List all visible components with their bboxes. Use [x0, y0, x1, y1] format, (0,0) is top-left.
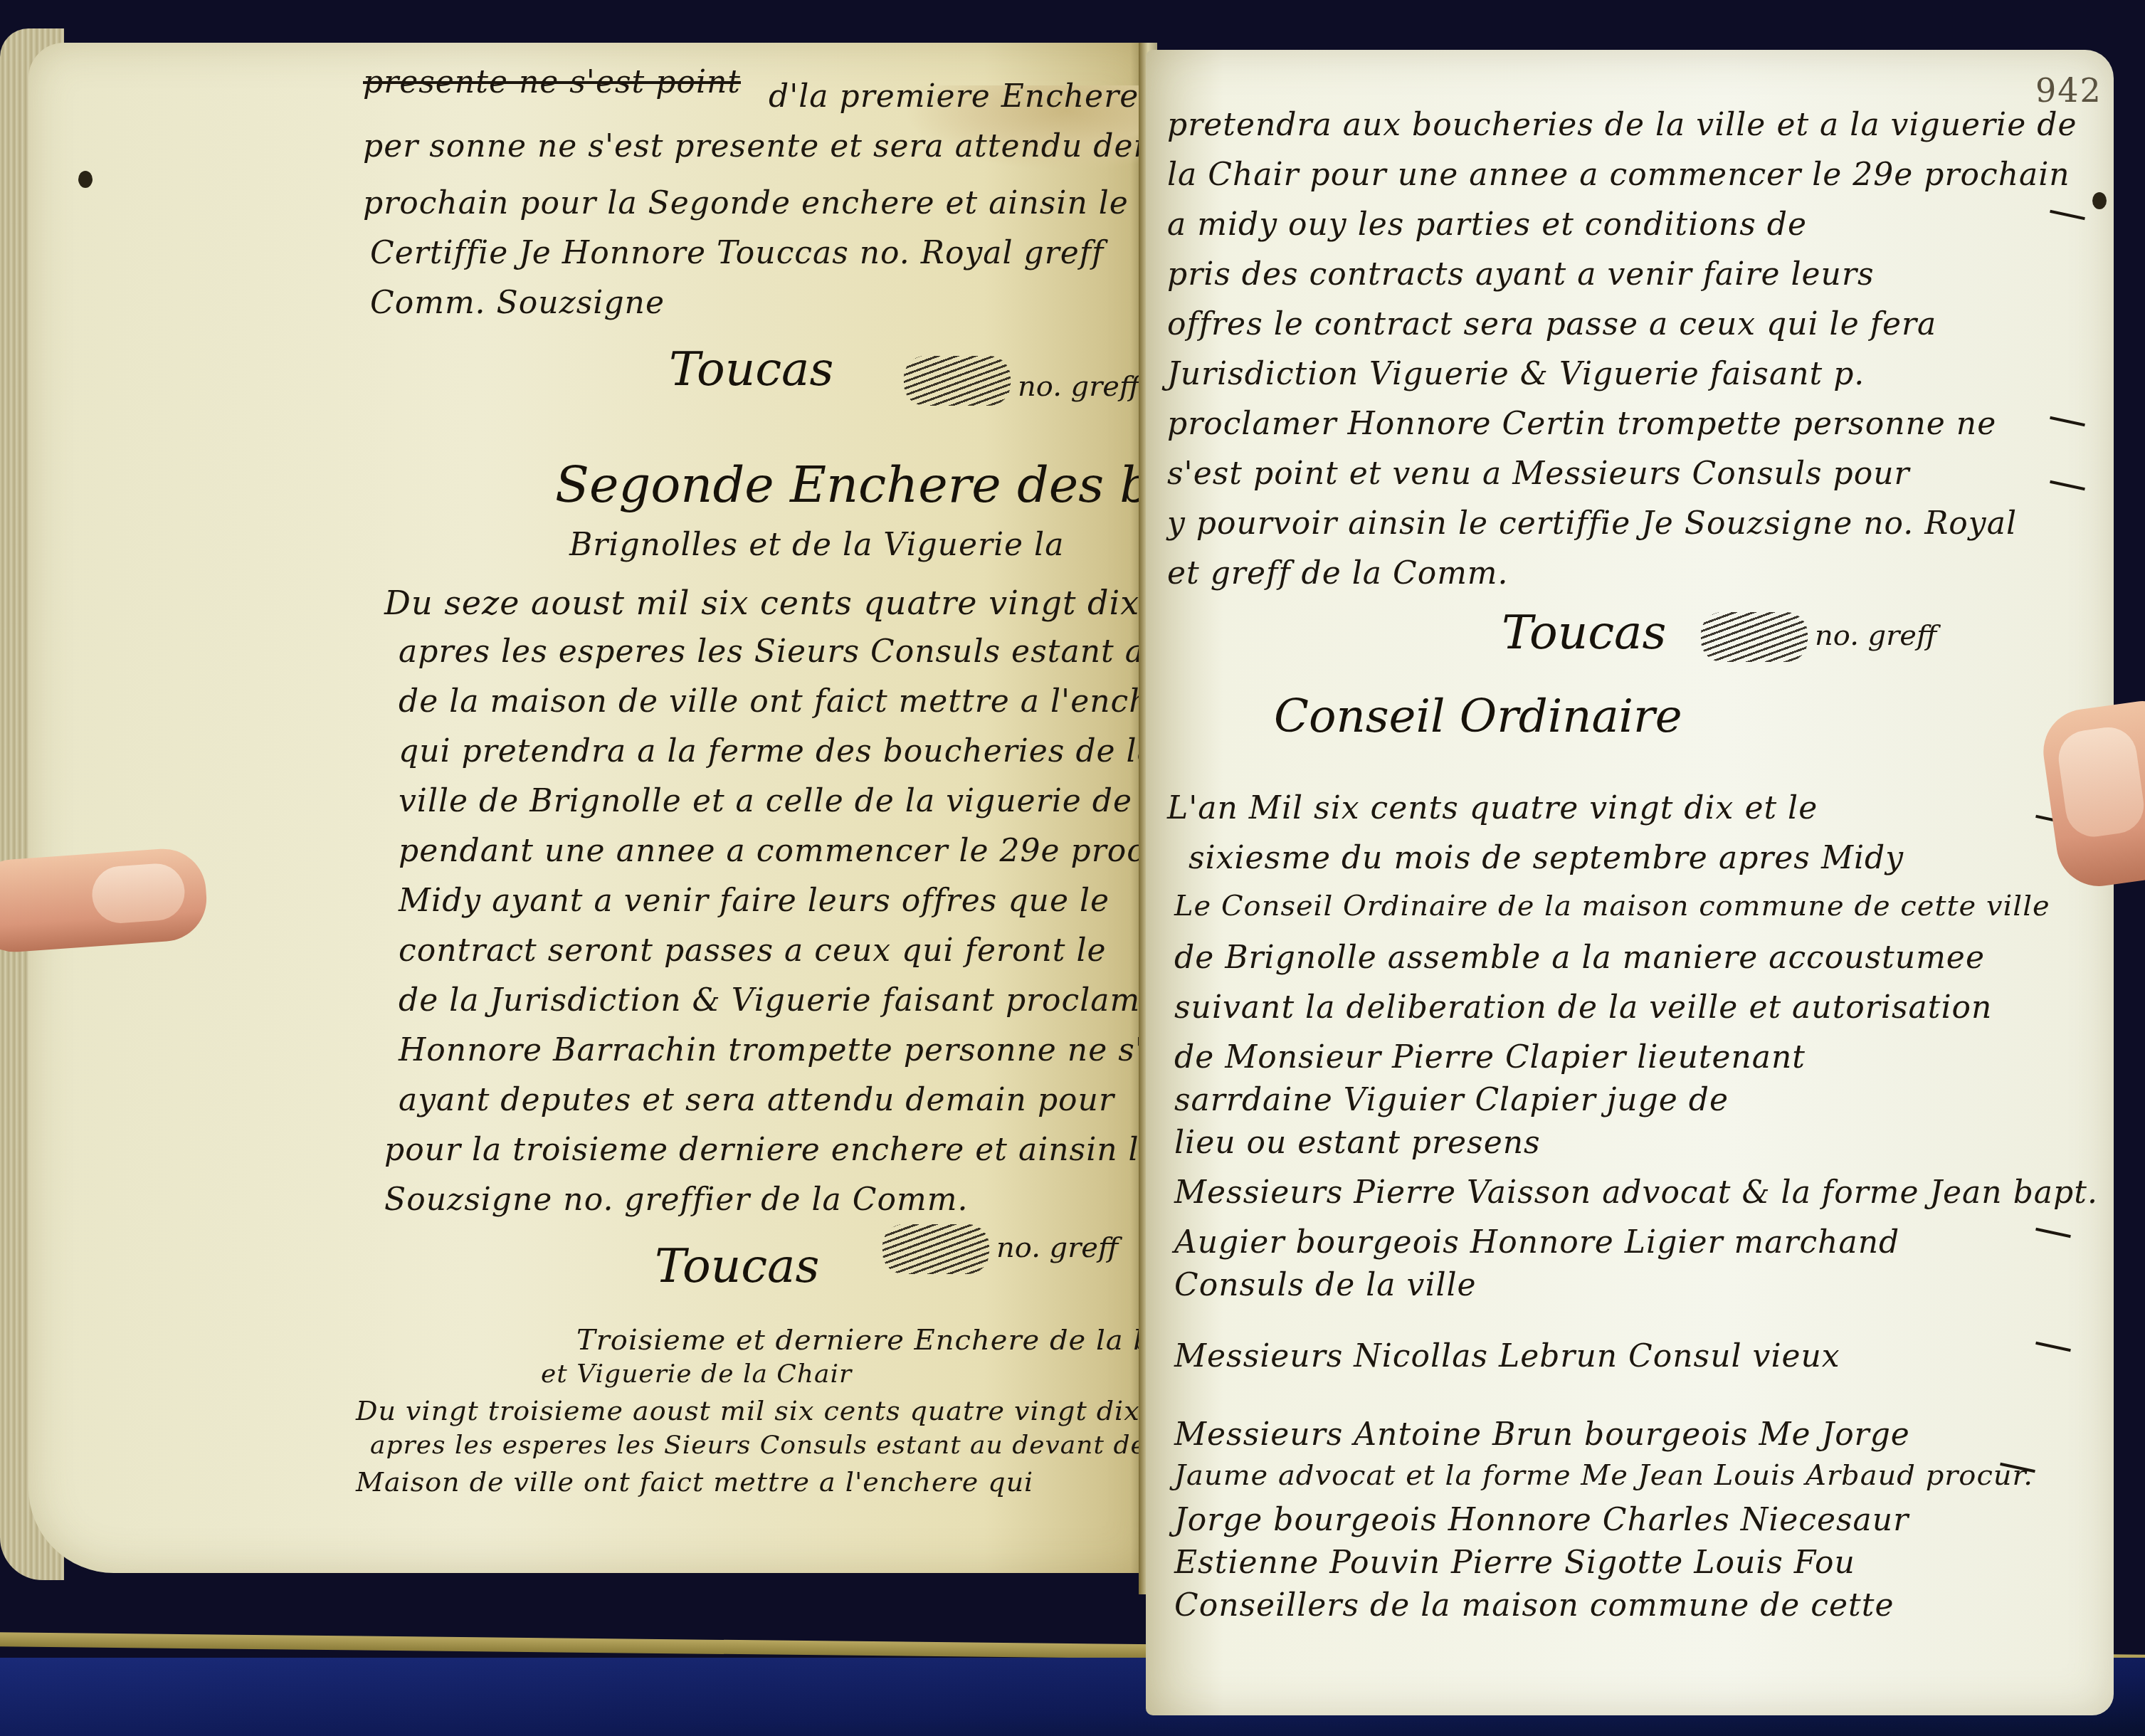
signature-suffix: no. greff — [1815, 619, 1936, 652]
manuscript-line: Conseillers de la maison commune de cett… — [1174, 1587, 1894, 1624]
manuscript-line: Consuls de la ville — [1174, 1267, 1477, 1303]
open-book: presente ne s'est point d'la premiere En… — [0, 0, 2145, 1736]
manuscript-line: per sonne ne s'est presente et sera atte… — [363, 128, 1153, 164]
margin-dash — [2050, 416, 2085, 426]
page-number: 942 — [2035, 71, 2102, 110]
section-heading: Conseil Ordinaire — [1274, 690, 1682, 743]
manuscript-line: Messieurs Nicollas Lebrun Consul vieux — [1174, 1338, 1840, 1374]
manuscript-line: qui pretendra a la ferme des boucheries … — [399, 733, 1153, 769]
manuscript-line: pour la troisieme derniere enchere et ai… — [384, 1132, 1153, 1168]
margin-dash — [2050, 480, 2085, 490]
manuscript-line: et greff de la Comm. — [1167, 555, 1509, 591]
manuscript-line: Certiffie Je Honnore Touccas no. Royal g… — [370, 235, 1104, 271]
manuscript-line: ville de Brignolle et a celle de la vigu… — [399, 783, 1153, 819]
manuscript-line: de la maison de ville ont faict mettre a… — [399, 683, 1153, 720]
binding-hole — [78, 171, 93, 188]
margin-dash — [2035, 1342, 2071, 1352]
manuscript-line: Le Conseil Ordinaire de la maison commun… — [1174, 890, 2050, 922]
manuscript-line: y pourvoir ainsin le certiffie Je Souzsi… — [1167, 505, 2017, 542]
signature-suffix: no. greff — [1018, 370, 1139, 403]
manuscript-line: a midy ouy les parties et conditions de — [1167, 206, 1807, 243]
manuscript-line: Messieurs Pierre Vaisson advocat & la fo… — [1174, 1174, 2098, 1211]
manuscript-line: de la Jurisdiction & Viguerie faisant pr… — [399, 982, 1153, 1019]
manuscript-line: sarrdaine Viguier Clapier juge de — [1174, 1082, 1729, 1118]
manuscript-line: offres le contract sera passe a ceux qui… — [1167, 306, 1936, 342]
manuscript-line: proclamer Honnore Certin trompette perso… — [1167, 406, 1996, 442]
manuscript-line: L'an Mil six cents quatre vingt dix et l… — [1167, 790, 1818, 826]
manuscript-line: Messieurs Antoine Brun bourgeois Me Jorg… — [1174, 1416, 1910, 1453]
manuscript-line: Augier bourgeois Honnore Ligier marchand — [1174, 1224, 1899, 1261]
left-page: presente ne s'est point d'la premiere En… — [28, 43, 1153, 1573]
manuscript-line: Souzsigne no. greffier de la Comm. — [384, 1182, 968, 1218]
manuscript-line: Honnore Barrachin trompette personne ne … — [399, 1032, 1153, 1068]
binding-hole — [2092, 192, 2107, 209]
section-heading-line2: et Viguerie de la Chair — [541, 1359, 852, 1389]
signature-toucas: Toucas — [1502, 605, 1666, 660]
manuscript-line: Maison de ville ont faict mettre a l'enc… — [356, 1466, 1033, 1498]
thumbnail — [2055, 724, 2145, 841]
manuscript-line: pris des contracts ayant a venir faire l… — [1167, 256, 1875, 293]
manuscript-line: pretendra aux boucheries de la ville et … — [1167, 107, 2077, 143]
manuscript-line: Jorge bourgeois Honnore Charles Niecesau… — [1174, 1502, 1909, 1538]
left-thumb — [0, 846, 209, 955]
manuscript-line: Du vingt troisieme aoust mil six cents q… — [356, 1395, 1140, 1426]
manuscript-line: suivant la deliberation de la veille et … — [1174, 989, 1992, 1026]
manuscript-line: d'la premiere Enchere — [769, 78, 1139, 115]
margin-dash — [2035, 1228, 2071, 1238]
thumbnail — [90, 862, 186, 925]
manuscript-line: ayant deputes et sera attendu demain pou… — [399, 1082, 1114, 1118]
manuscript-line: de Monsieur Pierre Clapier lieutenant — [1174, 1039, 1806, 1075]
manuscript-line: contract seront passes a ceux qui feront… — [399, 932, 1107, 969]
manuscript-line: Comm. Souzsigne — [370, 285, 665, 321]
manuscript-line: apres les esperes les Sieurs Consuls est… — [370, 1431, 1153, 1460]
manuscript-line: prochain pour la Segonde enchere et ains… — [363, 185, 1129, 221]
margin-dash — [2050, 210, 2085, 220]
manuscript-line: la Chair pour une annee a commencer le 2… — [1167, 157, 2070, 193]
right-page: pretendra aux boucheries de la ville et … — [1146, 50, 2114, 1715]
manuscript-line: Estienne Pouvin Pierre Sigotte Louis Fou — [1174, 1545, 1855, 1581]
signature-toucas: Toucas — [669, 342, 833, 396]
signature-toucas: Toucas — [655, 1238, 819, 1293]
manuscript-line: lieu ou estant presens — [1174, 1125, 1541, 1161]
manuscript-line: sixiesme du mois de septembre apres Midy — [1189, 840, 1904, 876]
section-heading-line2: Brignolles et de la Viguerie la — [569, 527, 1064, 563]
struck-line: presente ne s'est point — [363, 64, 741, 100]
signature-suffix: no. greff — [996, 1231, 1118, 1264]
manuscript-line: de Brignolle assemble a la maniere accou… — [1174, 940, 1985, 976]
section-heading: Troisieme et derniere Enchere de la bouc… — [576, 1324, 1153, 1357]
section-heading: Segonde Enchere des boucheries de — [555, 456, 1153, 514]
manuscript-line: apres les esperes les Sieurs Consuls est… — [399, 633, 1153, 670]
manuscript-line: Du seze aoust mil six cents quatre vingt… — [384, 584, 1139, 622]
signature-flourish — [1701, 612, 1808, 662]
manuscript-line: Midy ayant a venir faire leurs offres qu… — [399, 883, 1110, 919]
signature-flourish — [904, 356, 1011, 406]
signature-flourish — [882, 1224, 989, 1274]
manuscript-line: s'est point et venu a Messieurs Consuls … — [1167, 456, 1910, 492]
manuscript-line: Jurisdiction Viguerie & Viguerie faisant… — [1167, 356, 1865, 392]
manuscript-line: Jaume advocat et la forme Me Jean Louis … — [1174, 1459, 2033, 1492]
manuscript-line: pendant une annee a commencer le 29e pro… — [399, 833, 1153, 869]
